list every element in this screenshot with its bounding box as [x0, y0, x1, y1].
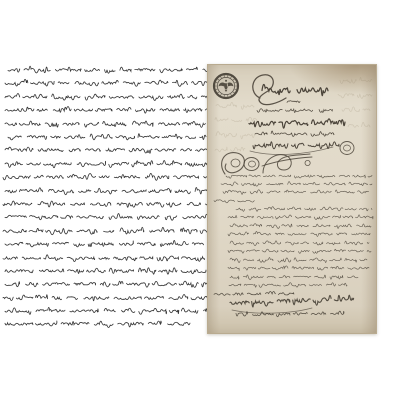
photographed-documents — [0, 0, 400, 400]
right-document-page — [207, 64, 377, 334]
eagle-seal-stamp — [214, 74, 238, 98]
calligraphic-flourish — [222, 142, 354, 175]
handwritten-text-lines — [3, 66, 213, 327]
body-paragraph — [214, 175, 373, 287]
calligraphic-heading — [249, 75, 345, 155]
signature-block — [214, 291, 354, 316]
right-document-writing — [208, 65, 376, 333]
